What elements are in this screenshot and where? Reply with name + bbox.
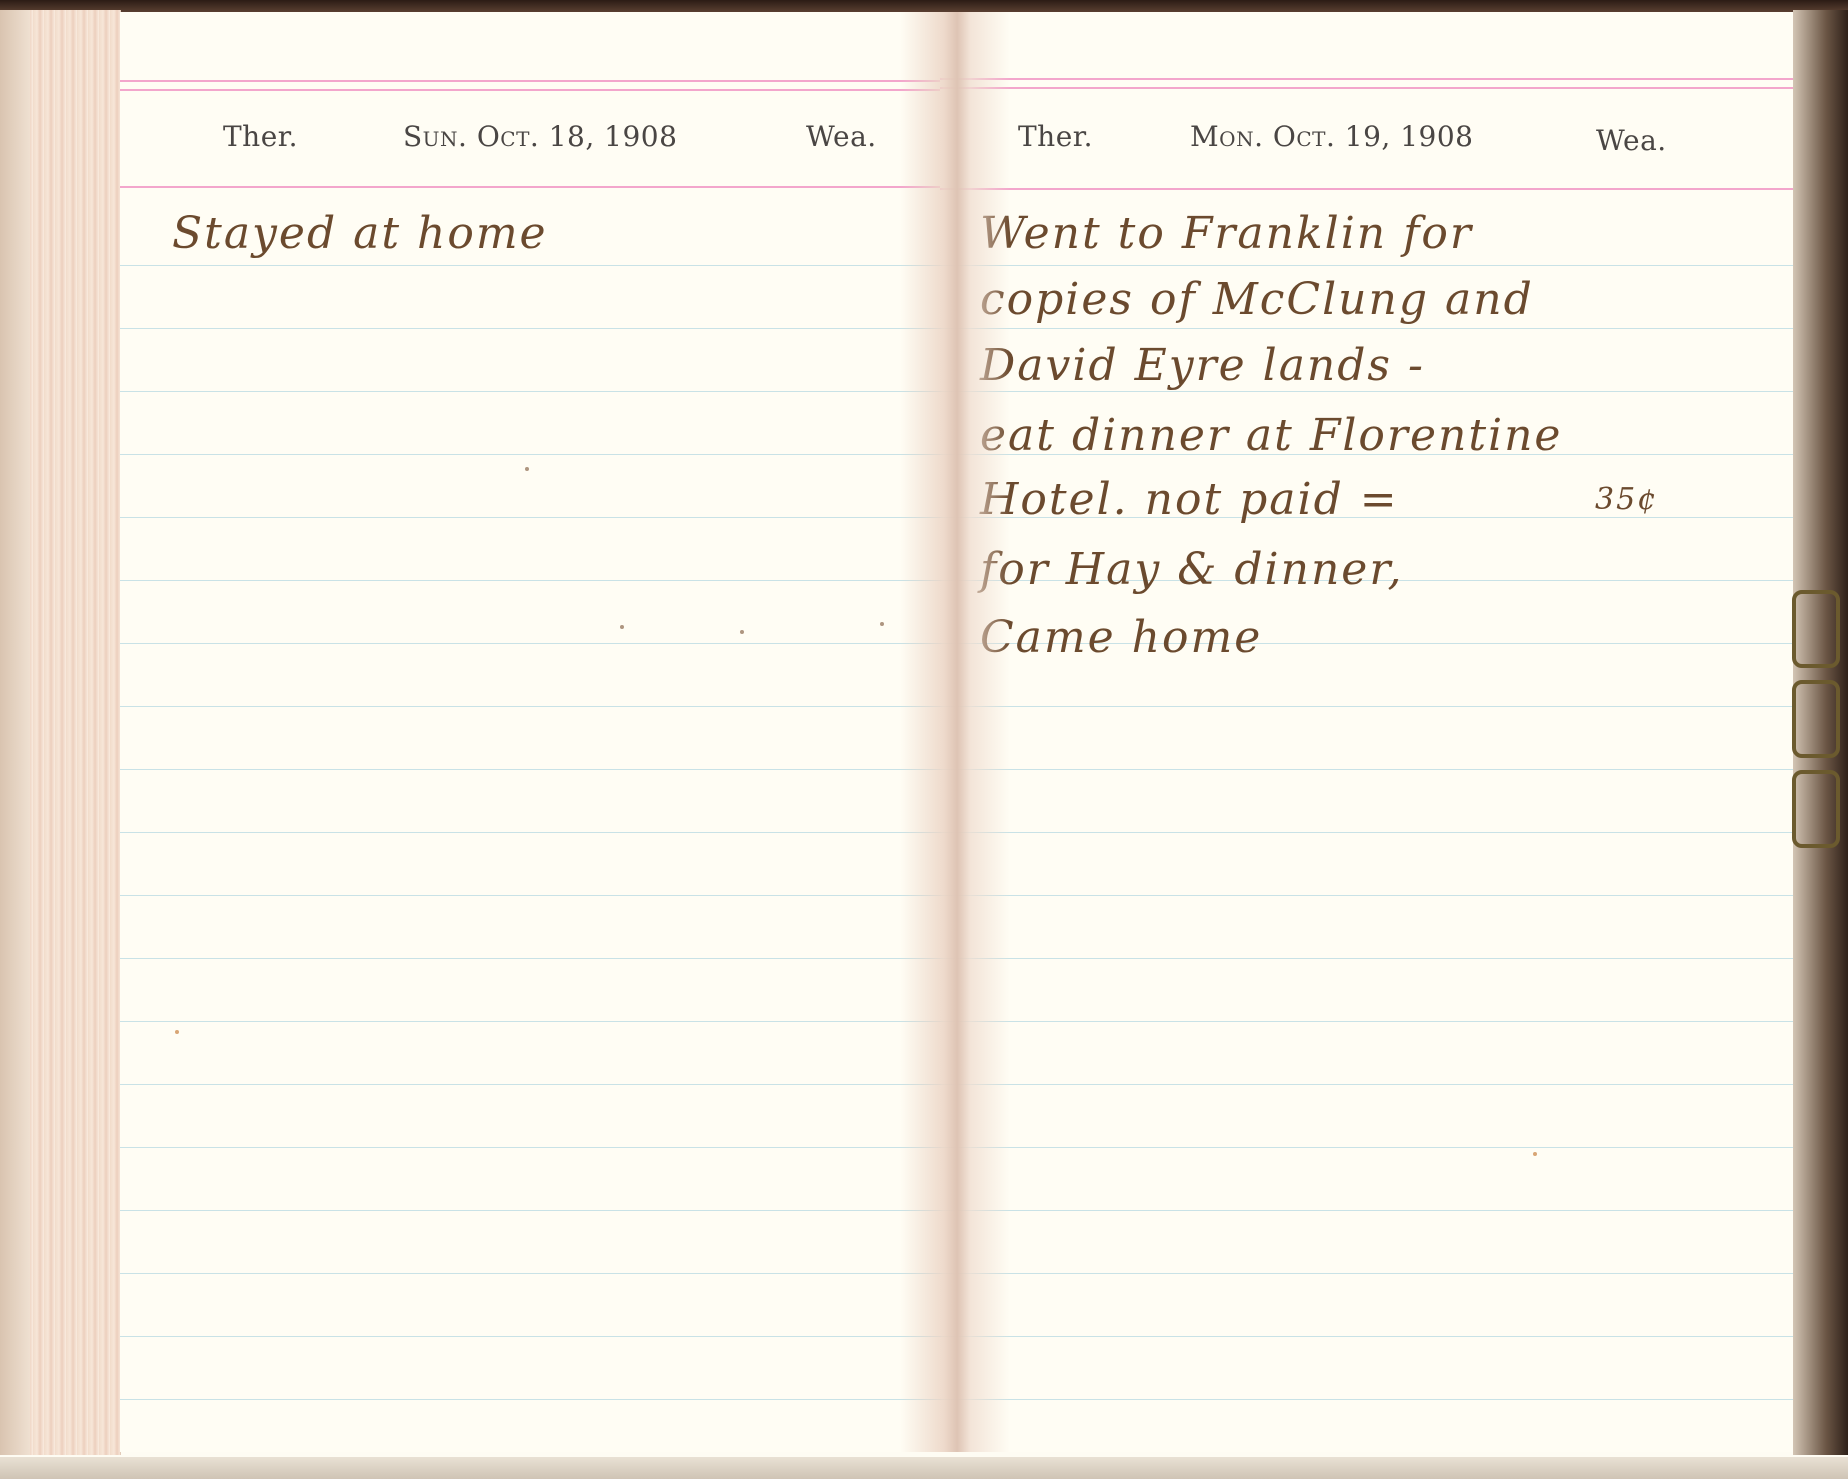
rule bbox=[940, 265, 1793, 266]
handwritten-line: David Eyre lands - bbox=[980, 340, 1425, 391]
diary-scan: Ther. Sun. Oct. 18, 1908 Wea. Stayed at … bbox=[0, 0, 1848, 1479]
rule bbox=[940, 1399, 1793, 1400]
handwritten-line: Went to Franklin for bbox=[980, 208, 1473, 259]
rule bbox=[940, 328, 1793, 329]
wea-label: Wea. bbox=[806, 120, 877, 153]
rule bbox=[120, 1273, 940, 1274]
right-page: Ther. Mon. Oct. 19, 1908 Wea. Went to Fr… bbox=[940, 12, 1793, 1452]
rule bbox=[120, 1336, 940, 1337]
rule bbox=[120, 958, 940, 959]
header-rule-top-2 bbox=[940, 87, 1793, 89]
rule bbox=[940, 391, 1793, 392]
page-stack-shadow bbox=[0, 10, 30, 1455]
ink-speck bbox=[175, 1030, 179, 1034]
rule bbox=[120, 391, 940, 392]
rule bbox=[120, 1399, 940, 1400]
rule bbox=[120, 328, 940, 329]
rule bbox=[940, 1336, 1793, 1337]
header-rule-top bbox=[120, 80, 940, 82]
header-rule-top-2 bbox=[120, 89, 940, 91]
rule bbox=[940, 832, 1793, 833]
date-heading: Sun. Oct. 18, 1908 bbox=[403, 120, 677, 153]
rule bbox=[120, 265, 940, 266]
rule bbox=[940, 958, 1793, 959]
header-rule-bottom bbox=[120, 186, 940, 188]
binding-ring bbox=[1792, 590, 1840, 668]
wea-label: Wea. bbox=[1596, 124, 1667, 157]
rule bbox=[120, 643, 940, 644]
rule bbox=[120, 1147, 940, 1148]
rule bbox=[120, 517, 940, 518]
rule bbox=[940, 1084, 1793, 1085]
binding-ring bbox=[1792, 770, 1840, 848]
date-heading: Mon. Oct. 19, 1908 bbox=[1190, 120, 1473, 153]
header-rule-top bbox=[940, 78, 1793, 80]
handwritten-line: Came home bbox=[980, 612, 1262, 663]
ther-label: Ther. bbox=[1018, 120, 1093, 153]
ther-label: Ther. bbox=[223, 120, 298, 153]
rule bbox=[940, 769, 1793, 770]
rule bbox=[940, 706, 1793, 707]
book-gutter bbox=[900, 12, 1010, 1452]
ink-speck bbox=[1533, 1152, 1537, 1156]
rule bbox=[120, 895, 940, 896]
rule bbox=[120, 1021, 940, 1022]
header-rule-bottom bbox=[940, 188, 1793, 190]
rule bbox=[940, 1273, 1793, 1274]
rule bbox=[940, 1147, 1793, 1148]
rule bbox=[940, 895, 1793, 896]
book-bottom-edge bbox=[0, 1457, 1848, 1479]
binding-ring bbox=[1792, 680, 1840, 758]
ink-speck bbox=[880, 622, 884, 626]
rule bbox=[120, 580, 940, 581]
rule bbox=[940, 1021, 1793, 1022]
ink-speck bbox=[525, 467, 529, 471]
rule bbox=[120, 454, 940, 455]
rule bbox=[120, 769, 940, 770]
rule bbox=[120, 832, 940, 833]
handwritten-line: eat dinner at Florentine bbox=[980, 410, 1562, 461]
handwritten-line: Stayed at home bbox=[172, 208, 548, 259]
ink-speck bbox=[620, 625, 624, 629]
rule bbox=[940, 1210, 1793, 1211]
handwritten-line: Hotel. not paid = bbox=[980, 474, 1399, 525]
rule bbox=[120, 706, 940, 707]
handwritten-line: for Hay & dinner, bbox=[980, 544, 1404, 595]
left-page: Ther. Sun. Oct. 18, 1908 Wea. Stayed at … bbox=[120, 12, 940, 1452]
ink-speck bbox=[740, 630, 744, 634]
rule bbox=[120, 1210, 940, 1211]
rule bbox=[120, 1084, 940, 1085]
book-top-edge bbox=[0, 0, 1848, 12]
handwritten-line: copies of McClung and bbox=[980, 274, 1534, 325]
handwritten-amount: 35¢ bbox=[1595, 482, 1658, 517]
